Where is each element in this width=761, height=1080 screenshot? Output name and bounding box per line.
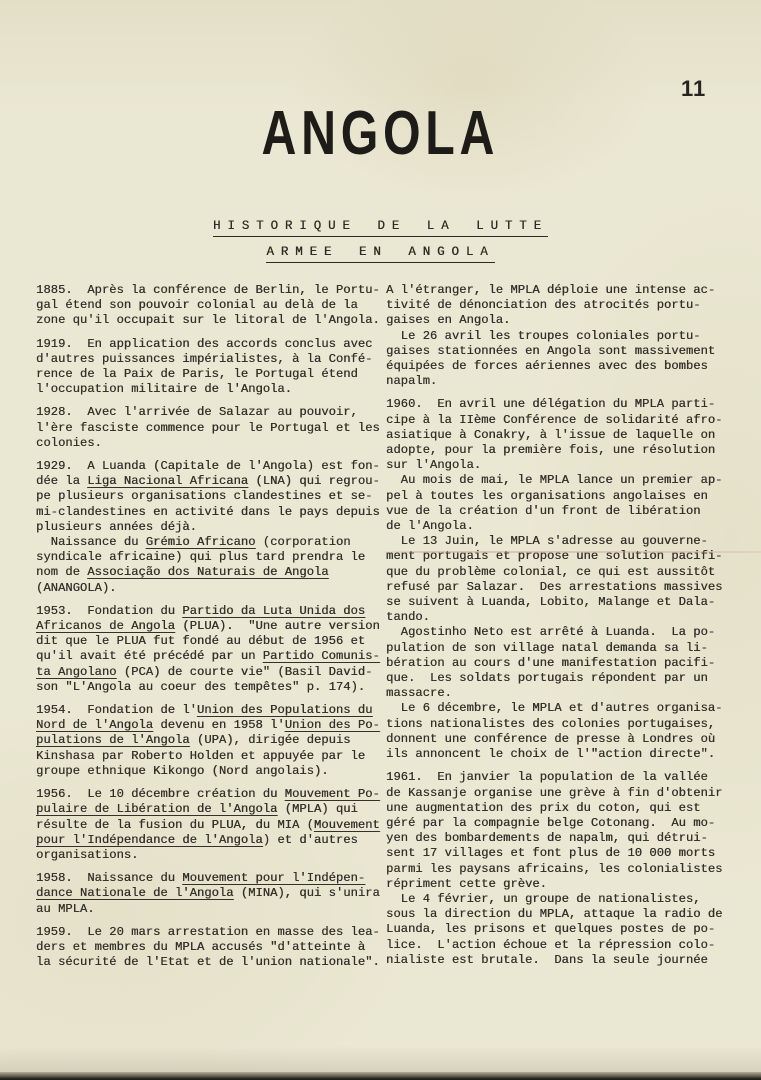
paragraph: 1954. Fondation de l'Union des Populatio… — [36, 703, 380, 779]
subtitle-line2: ARMEE EN ANGOLA — [266, 245, 494, 263]
paragraph: 1953. Fondation du Partido da Luta Unida… — [36, 604, 380, 695]
text-run: 1954. Fondation de l' — [36, 703, 197, 717]
subtitle-line1: HISTORIQUE DE LA LUTTE — [213, 219, 548, 237]
right-column: A l'étranger, le MPLA déploie une intens… — [386, 283, 722, 976]
bottom-page-shadow — [0, 1046, 761, 1072]
text-run: 1956. Le 10 décembre création du — [36, 787, 285, 801]
left-column: 1885. Après la conférence de Berlin, le … — [36, 283, 380, 978]
text-run: devenu en 1958 l' — [153, 718, 285, 732]
scanned-page: 11 ANGOLA HISTORIQUE DE LA LUTTE ARMEE E… — [0, 0, 761, 1080]
subtitle-container-line2: ARMEE EN ANGOLA — [0, 242, 761, 263]
text-run: 1919. En application des accords conclus… — [36, 337, 372, 397]
text-run: A l'étranger, le MPLA déploie une intens… — [386, 283, 715, 388]
text-run: 1960. En avril une délégation du MPLA pa… — [386, 397, 722, 761]
subtitle-container-line1: HISTORIQUE DE LA LUTTE — [0, 216, 761, 237]
paragraph: 1919. En application des accords conclus… — [36, 337, 380, 398]
scan-edge-strip — [0, 1072, 761, 1080]
text-run: 1958. Naissance du — [36, 871, 182, 885]
text-run: 1959. Le 20 mars arrestation en masse de… — [36, 925, 380, 969]
page-number: 11 — [681, 76, 706, 102]
title-container: ANGOLA — [0, 103, 761, 165]
underlined-term: Associação dos Naturais de Angola — [87, 565, 328, 579]
text-run: 1961. En janvier la population de la val… — [386, 770, 722, 966]
paragraph: 1928. Avec l'arrivée de Salazar au pouvo… — [36, 405, 380, 451]
page-title: ANGOLA — [262, 103, 500, 165]
paragraph: A l'étranger, le MPLA déploie une intens… — [386, 283, 722, 389]
underlined-term: Grémio Africano — [146, 535, 256, 549]
paragraph: 1959. Le 20 mars arrestation en masse de… — [36, 925, 380, 971]
paragraph: 1929. A Luanda (Capitale de l'Angola) es… — [36, 459, 380, 596]
text-run: 1953. Fondation du — [36, 604, 182, 618]
text-run: (ANANGOLA). — [36, 581, 116, 595]
text-run: 1885. Après la conférence de Berlin, le … — [36, 283, 380, 327]
paragraph: 1960. En avril une délégation du MPLA pa… — [386, 397, 722, 762]
paragraph: 1885. Après la conférence de Berlin, le … — [36, 283, 380, 329]
paragraph: 1956. Le 10 décembre création du Mouveme… — [36, 787, 380, 863]
paragraph: 1958. Naissance du Mouvement pour l'Indé… — [36, 871, 380, 917]
underlined-term: Liga Nacional Africana — [87, 474, 248, 488]
text-run: 1928. Avec l'arrivée de Salazar au pouvo… — [36, 405, 380, 449]
paragraph: 1961. En janvier la population de la val… — [386, 770, 722, 968]
